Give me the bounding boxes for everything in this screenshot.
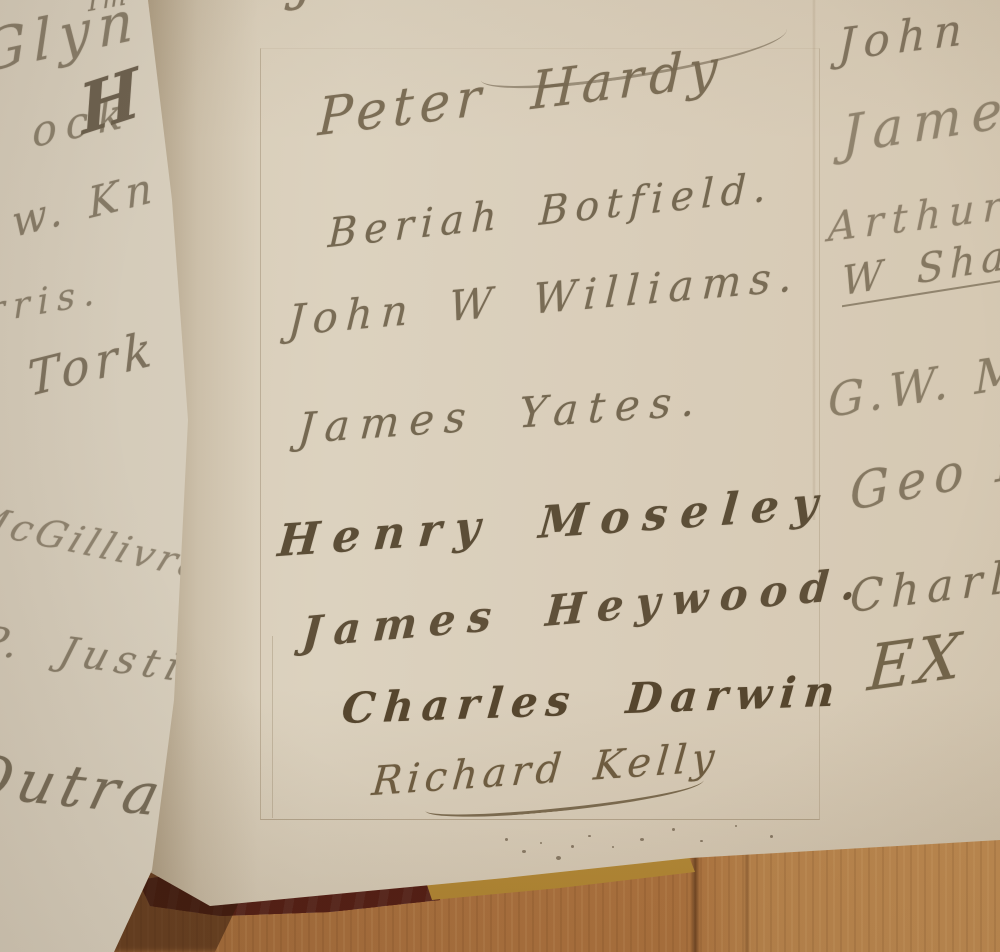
signature-fragment-james: James bbox=[842, 77, 1000, 162]
ink-speck bbox=[556, 856, 561, 860]
photo-of-signature-book: John Nicholl Peter Hardy Beriah Botfield… bbox=[0, 0, 1000, 952]
signature-fragment-john-t: John T bbox=[838, 0, 1000, 68]
signature-john-nicholl: John Nicholl bbox=[294, 0, 743, 8]
ink-speck bbox=[588, 835, 591, 837]
signature-fragment-initials-ex: EX bbox=[866, 624, 967, 701]
ink-speck bbox=[735, 825, 737, 827]
signature-fragment-w-kn: w. Kn bbox=[10, 165, 160, 244]
ink-speck bbox=[522, 850, 526, 853]
ink-speck bbox=[700, 840, 703, 842]
signature-fragment-ock: ock bbox=[31, 91, 132, 155]
ink-speck bbox=[571, 845, 574, 848]
ink-speck bbox=[612, 846, 614, 848]
wood-plank-seam bbox=[744, 850, 750, 952]
signature-fragment-gw-ma: G.W. Ma bbox=[828, 341, 1000, 424]
signature-fragment-charles: Charles bbox=[850, 548, 1000, 620]
ink-speck bbox=[640, 838, 644, 841]
signature-fragment-rris: rris. bbox=[0, 274, 103, 330]
ink-speck bbox=[505, 838, 508, 841]
ink-speck bbox=[770, 835, 773, 838]
ruled-column-frame-inner-line bbox=[272, 636, 273, 818]
signature-fragment-geo-ba: Geo Ba bbox=[850, 424, 1000, 519]
ink-speck bbox=[672, 828, 675, 831]
ink-speck bbox=[540, 842, 542, 844]
signature-fragment-tork: Tork bbox=[26, 323, 159, 404]
